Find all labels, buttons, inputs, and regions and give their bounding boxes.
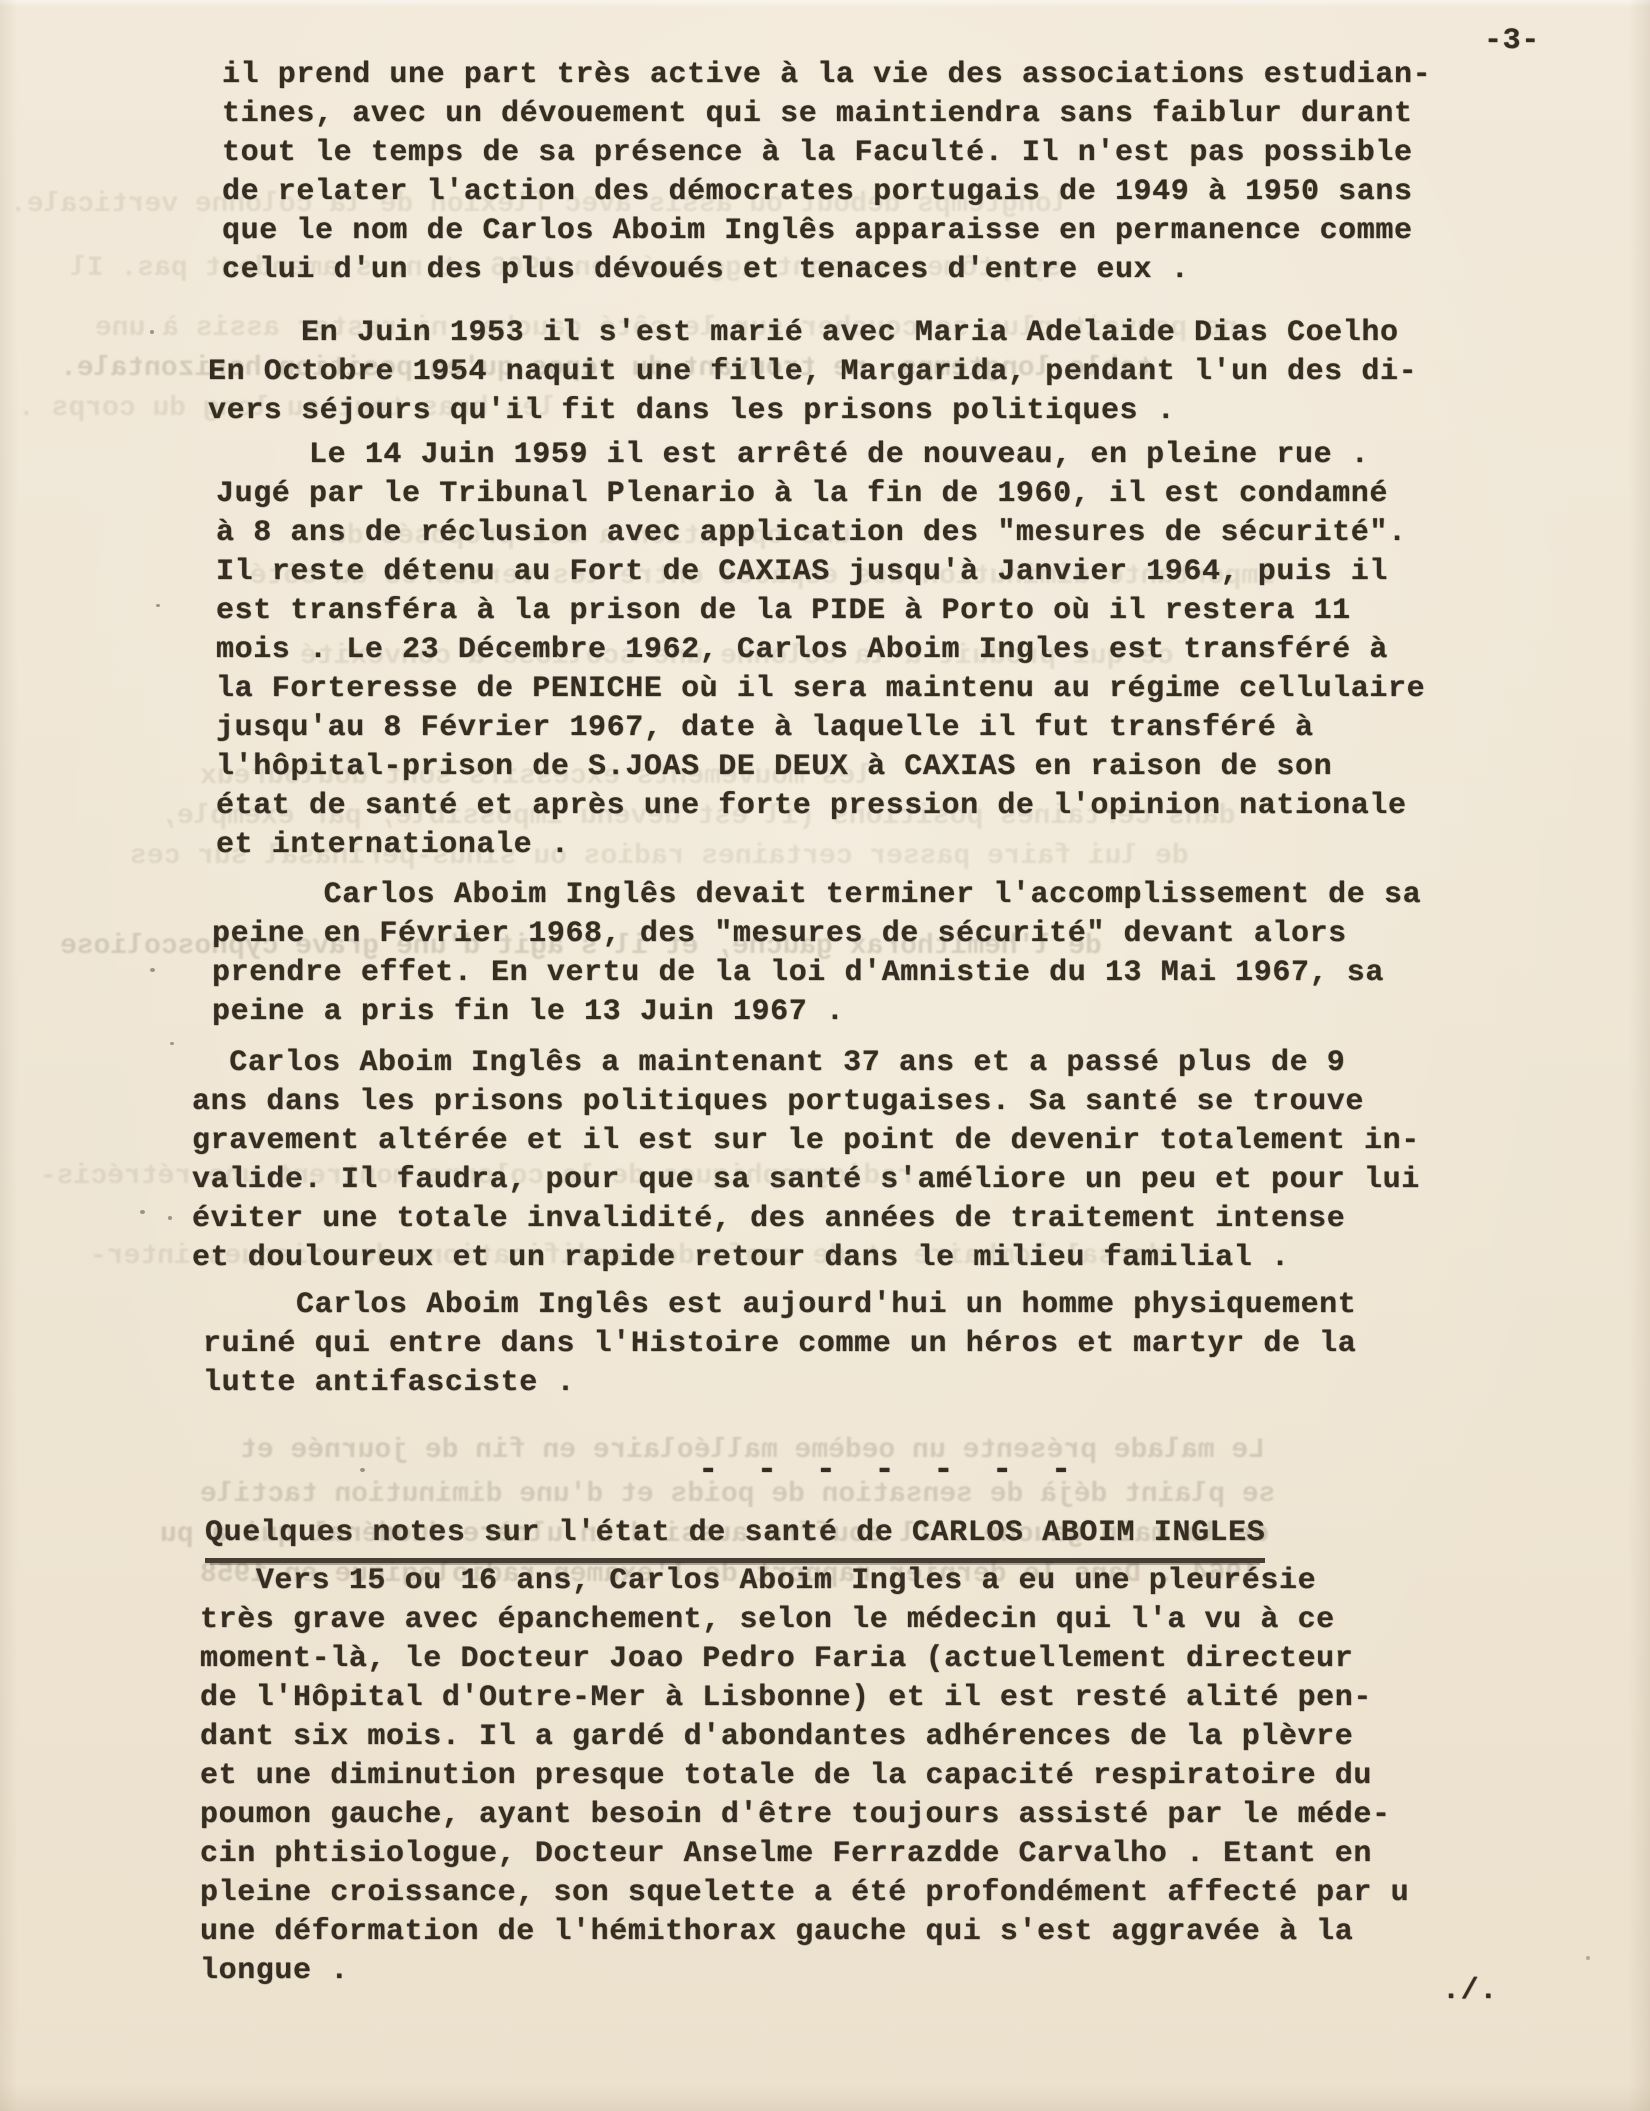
ink-speck — [150, 330, 154, 334]
ink-speck — [168, 1216, 172, 1220]
paragraph-hero-martyr: Carlos Aboim Inglês est aujourd'hui un h… — [203, 1286, 1356, 1403]
ink-speck — [156, 604, 160, 607]
section-heading-health-notes: Quelques notes sur l'état de santé de CA… — [205, 1514, 1265, 1563]
ink-speck — [1586, 1956, 1590, 1960]
ink-speck — [140, 1210, 145, 1214]
ink-speck — [360, 1468, 365, 1472]
page-number: -3- — [1484, 22, 1540, 61]
ink-speck — [150, 968, 155, 972]
scanned-document-page: longtemps debout ou assis avec flexion d… — [0, 0, 1650, 2111]
dashed-separator: - - - - - - - — [698, 1452, 1080, 1491]
paragraph-pleurisy-notes: Vers 15 ou 16 ans, Carlos Aboim Ingles a… — [200, 1562, 1409, 1991]
paragraph-marriage-1953: En Juin 1953 il s'est marié avec Maria A… — [208, 314, 1417, 431]
paragraph-amnesty-1967: Carlos Aboim Inglês devait terminer l'ac… — [212, 876, 1421, 1032]
paragraph-health-37-years: Carlos Aboim Inglês a maintenant 37 ans … — [192, 1044, 1420, 1278]
paragraph-student-associations: il prend une part très active à la vie d… — [222, 56, 1431, 290]
ink-speck — [170, 1042, 174, 1045]
continuation-mark: ./. — [1442, 1972, 1498, 2011]
paragraph-arrest-1959: Le 14 Juin 1959 il est arrêté de nouveau… — [216, 436, 1425, 865]
